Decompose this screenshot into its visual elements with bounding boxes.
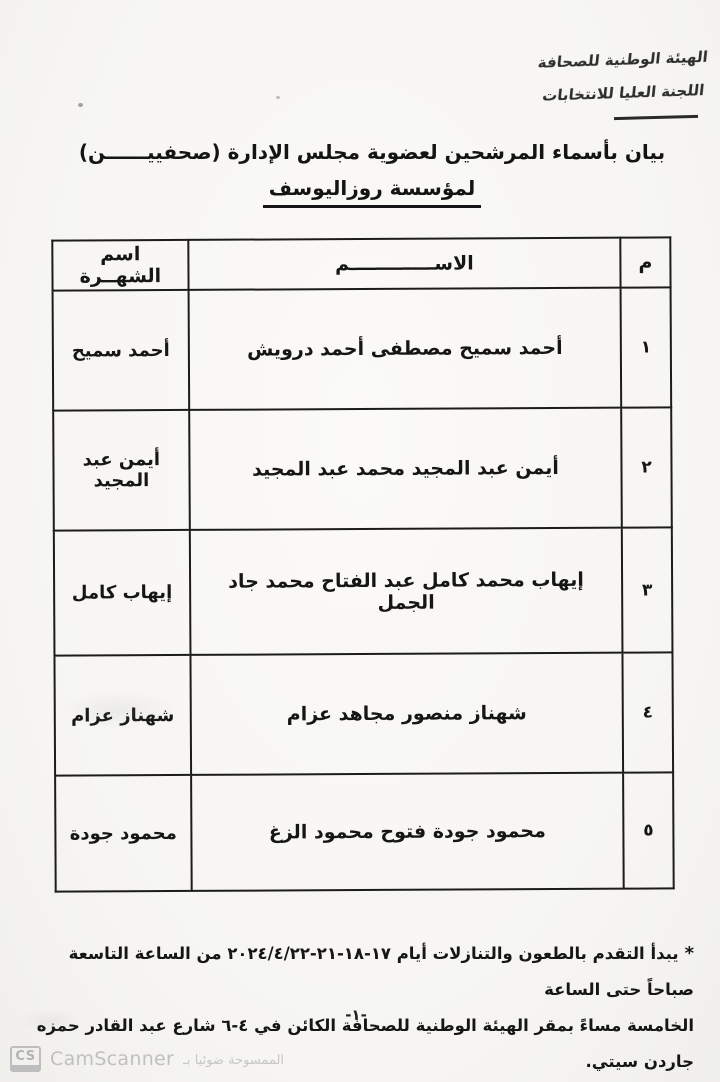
scan-noise	[78, 103, 83, 107]
table-row: ٢ أيمن عبد المجيد محمد عبد المجيد أيمن ع…	[53, 407, 672, 530]
header-nickname: اسم الشهــرة	[52, 240, 188, 291]
table-row: ٥ محمود جودة فتوح محمود الزغ محمود جودة	[55, 772, 674, 891]
footnote-text-1: يبدأ التقدم بالطعون والتنازلات أيام ١٧-١…	[69, 944, 694, 999]
page-number: -١-	[0, 1006, 712, 1024]
candidates-table: م الاســـــــــــــم اسم الشهــرة ١ أحمد…	[51, 236, 674, 892]
header-number: م	[620, 237, 670, 287]
title-line-2: لمؤسسة روزاليوسف	[263, 176, 482, 208]
row-number-cell: ١	[621, 287, 671, 407]
row-name-cell: شهناز منصور مجاهد عزام	[190, 653, 623, 775]
camscanner-logo-icon: CS	[10, 1046, 41, 1072]
stamp-line-committee: اللجنة العليا للانتخابات	[533, 74, 706, 113]
row-nickname-cell: إيهاب كامل	[54, 530, 190, 656]
row-name-cell: أيمن عبد المجيد محمد عبد المجيد	[189, 408, 622, 530]
row-name-cell: إيهاب محمد كامل عبد الفتاح محمد جاد الجم…	[190, 528, 623, 655]
row-number-cell: ٤	[623, 652, 673, 772]
row-nickname-cell: أحمد سميح	[53, 290, 189, 411]
row-nickname-cell: محمود جودة	[55, 775, 191, 892]
candidates-table-wrapper: م الاســـــــــــــم اسم الشهــرة ١ أحمد…	[51, 236, 674, 892]
camscanner-watermark: CS CamScanner الممسوحة ضوئيا بـ	[10, 1046, 284, 1072]
table-row: ٤ شهناز منصور مجاهد عزام شهناز عزام	[54, 652, 673, 775]
asterisk-marker: *	[685, 936, 694, 972]
scan-noise	[276, 96, 280, 99]
document-title: بيان بأسماء المرشحين لعضوية مجلس الإدارة…	[12, 140, 720, 208]
table-row: ١ أحمد سميح مصطفى أحمد درويش أحمد سميح	[53, 287, 672, 410]
stamp-underline	[614, 115, 698, 120]
row-number-cell: ٣	[622, 527, 673, 652]
row-nickname-cell: أيمن عبد المجيد	[53, 410, 189, 531]
camscanner-brand-text: CamScanner	[50, 1048, 174, 1070]
footnote-line-1: *يبدأ التقدم بالطعون والتنازلات أيام ١٧-…	[26, 936, 694, 1008]
title-line-1: بيان بأسماء المرشحين لعضوية مجلس الإدارة…	[12, 140, 720, 164]
header-name: الاســـــــــــــم	[188, 238, 621, 290]
row-name-cell: محمود جودة فتوح محمود الزغ	[191, 773, 624, 891]
scanned-document-page: الهيئة الوطنية للصحافة اللجنة العليا للا…	[0, 0, 720, 1082]
row-number-cell: ٢	[621, 407, 671, 527]
handwritten-stamp: الهيئة الوطنية للصحافة اللجنة العليا للا…	[533, 41, 710, 113]
row-name-cell: أحمد سميح مصطفى أحمد درويش	[188, 288, 621, 410]
table-row: ٣ إيهاب محمد كامل عبد الفتاح محمد جاد ال…	[54, 527, 673, 655]
camscanner-arabic-text: الممسوحة ضوئيا بـ	[183, 1050, 284, 1068]
row-number-cell: ٥	[623, 772, 673, 888]
table-header-row: م الاســـــــــــــم اسم الشهــرة	[52, 237, 670, 290]
row-nickname-cell: شهناز عزام	[54, 655, 190, 776]
